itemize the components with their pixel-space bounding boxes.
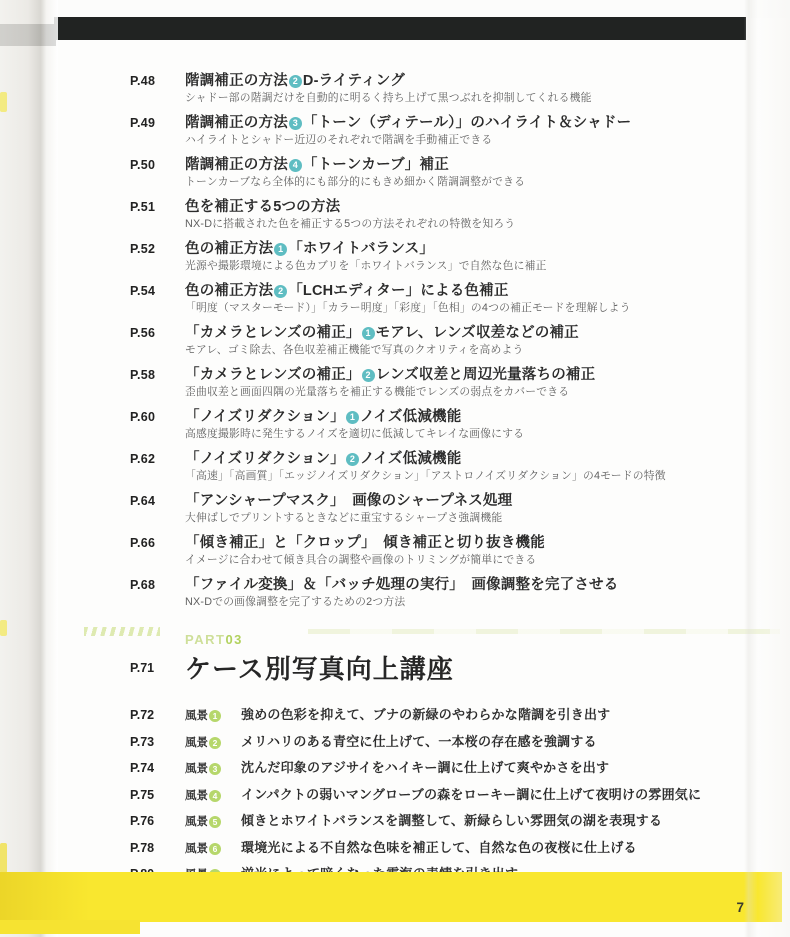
entry-title-pre: 色を補正する5つの方法 <box>185 199 340 215</box>
entry-text-block: 「ファイル変換」＆「バッチ処理の実行」 画像調整を完了させる NX-Dでの画像調… <box>185 576 746 610</box>
toc-entry: P.50 階調補正の方法4「トーンカーブ」補正 トーンカーブなら全体的にも部分的… <box>130 156 746 190</box>
entry-page-number: P.51 <box>130 198 185 232</box>
case-label-block: 風景5 <box>185 812 241 830</box>
entry-title: 色の補正方法1「ホワイトバランス」 <box>185 240 746 258</box>
entry-subtitle: 「明度（マスターモード）」「カラー明度」「彩度」「色相」の4つの補正モードを理解… <box>185 301 746 316</box>
entry-number-badge: 4 <box>289 159 302 172</box>
entry-subtitle: モアレ、ゴミ除去、各色収差補正機能で写真のクオリティを高めよう <box>185 343 746 358</box>
entry-page-number: P.60 <box>130 408 185 442</box>
entry-page-number: P.64 <box>130 492 185 526</box>
entry-text-block: 階調補正の方法4「トーンカーブ」補正 トーンカーブなら全体的にも部分的にもきめ細… <box>185 156 746 190</box>
case-number-badge: 2 <box>209 737 221 749</box>
entry-title: 色を補正する5つの方法 <box>185 198 746 216</box>
entry-title-pre: 「傾き補正」と「クロップ」 傾き補正と切り抜き機能 <box>185 535 545 551</box>
case-text: 沈んだ印象のアジサイをハイキー調に仕上げて爽やかさを出す <box>241 757 746 776</box>
part3-title-row: P.71 ケース別写真向上講座 <box>130 649 746 686</box>
entry-page-number: P.50 <box>130 156 185 190</box>
page-right-edge-shadow <box>744 0 790 937</box>
entry-subtitle: トーンカーブなら全体的にも部分的にもきめ細かく階調調整ができる <box>185 175 746 190</box>
entry-title: 「ファイル変換」＆「バッチ処理の実行」 画像調整を完了させる <box>185 576 746 594</box>
entry-number-badge: 3 <box>289 117 302 130</box>
entry-text-block: 「ノイズリダクション」1ノイズ低減機能 高感度撮影時に発生するノイズを適切に低減… <box>185 408 746 442</box>
entry-title-pre: 階調補正の方法 <box>185 115 288 131</box>
entry-page-number: P.48 <box>130 72 185 106</box>
toc-entry: P.49 階調補正の方法3「トーン（ディテール）」のハイライト＆シャドー ハイラ… <box>130 114 746 148</box>
footer-yellow-band <box>0 872 782 922</box>
part-word: PART <box>185 632 225 647</box>
entry-title-pre: 「アンシャープマスク」 画像のシャープネス処理 <box>185 493 512 509</box>
entry-title-post: 「ホワイトバランス」 <box>288 241 434 257</box>
case-page-number: P.76 <box>130 814 185 828</box>
footer-spine-shade <box>0 872 90 922</box>
book-spine-shadow <box>0 0 58 937</box>
case-label-block: 風景3 <box>185 759 241 777</box>
case-number-badge: 3 <box>209 763 221 775</box>
entry-text-block: 色を補正する5つの方法 NX-Dに搭載された色を補正する5つの方法それぞれの特徴… <box>185 198 746 232</box>
entry-title-post: D-ライティング <box>303 73 405 89</box>
entry-title-pre: 「カメラとレンズの補正」 <box>185 367 361 383</box>
page-edge-highlight-mark <box>0 92 7 112</box>
case-text: 強めの色彩を抑えて、ブナの新緑のやわらかな階調を引き出す <box>241 704 746 723</box>
entry-text-block: 色の補正方法1「ホワイトバランス」 光源や撮影環境による色カブリを「ホワイトバラ… <box>185 240 746 274</box>
case-label: 風景 <box>185 843 208 855</box>
folio-page-number: 7 <box>736 900 744 915</box>
case-page-number: P.73 <box>130 735 185 749</box>
entry-title-post: 「トーン（ディテール）」のハイライト＆シャドー <box>303 115 631 131</box>
entry-title-post: ノイズ低減機能 <box>360 409 461 425</box>
entry-page-number: P.68 <box>130 576 185 610</box>
entry-title-post: 「トーンカーブ」補正 <box>303 157 449 173</box>
entry-title-pre: 階調補正の方法 <box>185 157 288 173</box>
entry-title: 「ノイズリダクション」2ノイズ低減機能 <box>185 450 746 468</box>
entry-page-number: P.49 <box>130 114 185 148</box>
case-text: 環境光による不自然な色味を補正して、自然な色の夜桜に仕上げる <box>241 837 746 856</box>
part-number: 03 <box>225 632 242 647</box>
case-label-block: 風景2 <box>185 733 241 751</box>
entry-number-badge: 2 <box>289 75 302 88</box>
case-row: P.72 風景1 強めの色彩を抑えて、ブナの新緑のやわらかな階調を引き出す <box>130 704 746 724</box>
toc-entry: P.56 「カメラとレンズの補正」1モアレ、レンズ収差などの補正 モアレ、ゴミ除… <box>130 324 746 358</box>
part3-title: ケース別写真向上講座 <box>185 649 746 686</box>
entry-title-pre: 色の補正方法 <box>185 283 273 299</box>
case-number-badge: 1 <box>209 710 221 722</box>
toc-entry: P.52 色の補正方法1「ホワイトバランス」 光源や撮影環境による色カブリを「ホ… <box>130 240 746 274</box>
entry-page-number: P.58 <box>130 366 185 400</box>
entry-text-block: 「傾き補正」と「クロップ」 傾き補正と切り抜き機能 イメージに合わせて傾き具合の… <box>185 534 746 568</box>
case-label-block: 風景4 <box>185 786 241 804</box>
entry-number-badge: 1 <box>362 327 375 340</box>
toc-entry: P.54 色の補正方法2「LCHエディター」による色補正 「明度（マスターモード… <box>130 282 746 316</box>
entry-text-block: 色の補正方法2「LCHエディター」による色補正 「明度（マスターモード）」「カラ… <box>185 282 746 316</box>
toc-entry: P.51 色を補正する5つの方法 NX-Dに搭載された色を補正する5つの方法それ… <box>130 198 746 232</box>
case-page-number: P.78 <box>130 841 185 855</box>
case-label-block: 風景6 <box>185 839 241 857</box>
case-label: 風景 <box>185 737 208 749</box>
footer-yellow-band-left-tail <box>0 920 140 934</box>
case-row: P.73 風景2 メリハリのある青空に仕上げて、一本桜の存在感を強調する <box>130 731 746 751</box>
part3-page-number: P.71 <box>130 661 185 675</box>
case-number-badge: 6 <box>209 843 221 855</box>
entry-title: 階調補正の方法4「トーンカーブ」補正 <box>185 156 746 174</box>
case-label: 風景 <box>185 710 208 722</box>
entry-subtitle: ハイライトとシャドー近辺のそれぞれで階調を手動補正できる <box>185 133 746 148</box>
entry-subtitle: 光源や撮影環境による色カブリを「ホワイトバランス」で自然な色に補正 <box>185 259 746 274</box>
entry-title: 「カメラとレンズの補正」2レンズ収差と周辺光量落ちの補正 <box>185 366 746 384</box>
toc-entry: P.64 「アンシャープマスク」 画像のシャープネス処理 大伸ばしでプリントする… <box>130 492 746 526</box>
toc-entry: P.68 「ファイル変換」＆「バッチ処理の実行」 画像調整を完了させる NX-D… <box>130 576 746 610</box>
case-row: P.78 風景6 環境光による不自然な色味を補正して、自然な色の夜桜に仕上げる <box>130 837 746 857</box>
entry-subtitle: 大伸ばしでプリントするときなどに重宝するシャープさ強調機能 <box>185 511 746 526</box>
entry-number-badge: 2 <box>362 369 375 382</box>
entry-text-block: 「ノイズリダクション」2ノイズ低減機能 「高速」「高画質」「エッジノイズリダクシ… <box>185 450 746 484</box>
entry-subtitle: 歪曲収差と画面四隅の光量落ちを補正する機能でレンズの弱点をカバーできる <box>185 385 746 400</box>
part3-header: PART03 <box>130 632 746 649</box>
entry-number-badge: 2 <box>274 285 287 298</box>
entry-number-badge: 2 <box>346 453 359 466</box>
toc-entry: P.62 「ノイズリダクション」2ノイズ低減機能 「高速」「高画質」「エッジノイ… <box>130 450 746 484</box>
entry-subtitle: NX-Dに搭載された色を補正する5つの方法それぞれの特徴を知ろう <box>185 217 746 232</box>
case-row: P.74 風景3 沈んだ印象のアジサイをハイキー調に仕上げて爽やかさを出す <box>130 757 746 777</box>
entry-title: 色の補正方法2「LCHエディター」による色補正 <box>185 282 746 300</box>
page-top-margin <box>0 0 790 18</box>
case-text: メリハリのある青空に仕上げて、一本桜の存在感を強調する <box>241 731 746 750</box>
entry-subtitle: 「高速」「高画質」「エッジノイズリダクション」「アストロノイズリダクション」の4… <box>185 469 746 484</box>
case-label: 風景 <box>185 816 208 828</box>
header-black-bar <box>54 17 746 40</box>
case-text: 傾きとホワイトバランスを調整して、新緑らしい雰囲気の湖を表現する <box>241 810 746 829</box>
case-page-number: P.72 <box>130 708 185 722</box>
case-label-block: 風景1 <box>185 706 241 724</box>
entry-subtitle: NX-Dでの画像調整を完了するための2つ方法 <box>185 595 746 610</box>
entry-title: 「アンシャープマスク」 画像のシャープネス処理 <box>185 492 746 510</box>
case-number-badge: 5 <box>209 816 221 828</box>
case-label: 風景 <box>185 763 208 775</box>
entry-title-post: レンズ収差と周辺光量落ちの補正 <box>376 367 596 383</box>
entry-title: 階調補正の方法2D-ライティング <box>185 72 746 90</box>
toc-entry: P.48 階調補正の方法2D-ライティング シャドー部の階調だけを自動的に明るく… <box>130 72 746 106</box>
case-page-number: P.74 <box>130 761 185 775</box>
part3-label: PART03 <box>185 632 746 647</box>
entry-page-number: P.66 <box>130 534 185 568</box>
entry-subtitle: シャドー部の階調だけを自動的に明るく持ち上げて黒つぶれを抑制してくれる機能 <box>185 91 746 106</box>
entry-subtitle: 高感度撮影時に発生するノイズを適切に低減してキレイな画像にする <box>185 427 746 442</box>
entry-page-number: P.52 <box>130 240 185 274</box>
entry-text-block: 「アンシャープマスク」 画像のシャープネス処理 大伸ばしでプリントするときなどに… <box>185 492 746 526</box>
entry-title: 階調補正の方法3「トーン（ディテール）」のハイライト＆シャドー <box>185 114 746 132</box>
case-page-number: P.75 <box>130 788 185 802</box>
entry-title-pre: 「ノイズリダクション」 <box>185 409 345 425</box>
page-edge-highlight-mark <box>0 620 7 636</box>
toc-content: P.48 階調補正の方法2D-ライティング シャドー部の階調だけを自動的に明るく… <box>130 72 746 916</box>
entry-page-number: P.56 <box>130 324 185 358</box>
entry-title: 「カメラとレンズの補正」1モアレ、レンズ収差などの補正 <box>185 324 746 342</box>
entry-subtitle: イメージに合わせて傾き具合の調整や画像のトリミングが簡単にできる <box>185 553 746 568</box>
entry-title: 「傾き補正」と「クロップ」 傾き補正と切り抜き機能 <box>185 534 746 552</box>
entry-title-pre: 「ファイル変換」＆「バッチ処理の実行」 画像調整を完了させる <box>185 577 618 593</box>
entry-page-number: P.54 <box>130 282 185 316</box>
entry-number-badge: 1 <box>274 243 287 256</box>
entry-text-block: 階調補正の方法2D-ライティング シャドー部の階調だけを自動的に明るく持ち上げて… <box>185 72 746 106</box>
entry-text-block: 「カメラとレンズの補正」1モアレ、レンズ収差などの補正 モアレ、ゴミ除去、各色収… <box>185 324 746 358</box>
entry-title-post: モアレ、レンズ収差などの補正 <box>376 325 579 341</box>
entry-title-pre: 「カメラとレンズの補正」 <box>185 325 361 341</box>
page-edge-highlight-mark <box>0 843 7 873</box>
entry-text-block: 「カメラとレンズの補正」2レンズ収差と周辺光量落ちの補正 歪曲収差と画面四隅の光… <box>185 366 746 400</box>
case-text: インパクトの弱いマングローブの森をローキー調に仕上げて夜明けの雰囲気に <box>241 784 746 803</box>
entry-text-block: 階調補正の方法3「トーン（ディテール）」のハイライト＆シャドー ハイライトとシャ… <box>185 114 746 148</box>
case-number-badge: 4 <box>209 790 221 802</box>
entry-title-pre: 色の補正方法 <box>185 241 273 257</box>
entry-title-pre: 階調補正の方法 <box>185 73 288 89</box>
entry-title-post: ノイズ低減機能 <box>360 451 461 467</box>
entry-number-badge: 1 <box>346 411 359 424</box>
entry-page-number: P.62 <box>130 450 185 484</box>
toc-part2-list: P.48 階調補正の方法2D-ライティング シャドー部の階調だけを自動的に明るく… <box>130 72 746 610</box>
entry-title-pre: 「ノイズリダクション」 <box>185 451 345 467</box>
toc-entry: P.66 「傾き補正」と「クロップ」 傾き補正と切り抜き機能 イメージに合わせて… <box>130 534 746 568</box>
entry-title: 「ノイズリダクション」1ノイズ低減機能 <box>185 408 746 426</box>
toc-entry: P.58 「カメラとレンズの補正」2レンズ収差と周辺光量落ちの補正 歪曲収差と画… <box>130 366 746 400</box>
toc-entry: P.60 「ノイズリダクション」1ノイズ低減機能 高感度撮影時に発生するノイズを… <box>130 408 746 442</box>
case-label: 風景 <box>185 790 208 802</box>
entry-title-post: 「LCHエディター」による色補正 <box>288 283 508 299</box>
case-row: P.75 風景4 インパクトの弱いマングローブの森をローキー調に仕上げて夜明けの… <box>130 784 746 804</box>
case-row: P.76 風景5 傾きとホワイトバランスを調整して、新緑らしい雰囲気の湖を表現す… <box>130 810 746 830</box>
